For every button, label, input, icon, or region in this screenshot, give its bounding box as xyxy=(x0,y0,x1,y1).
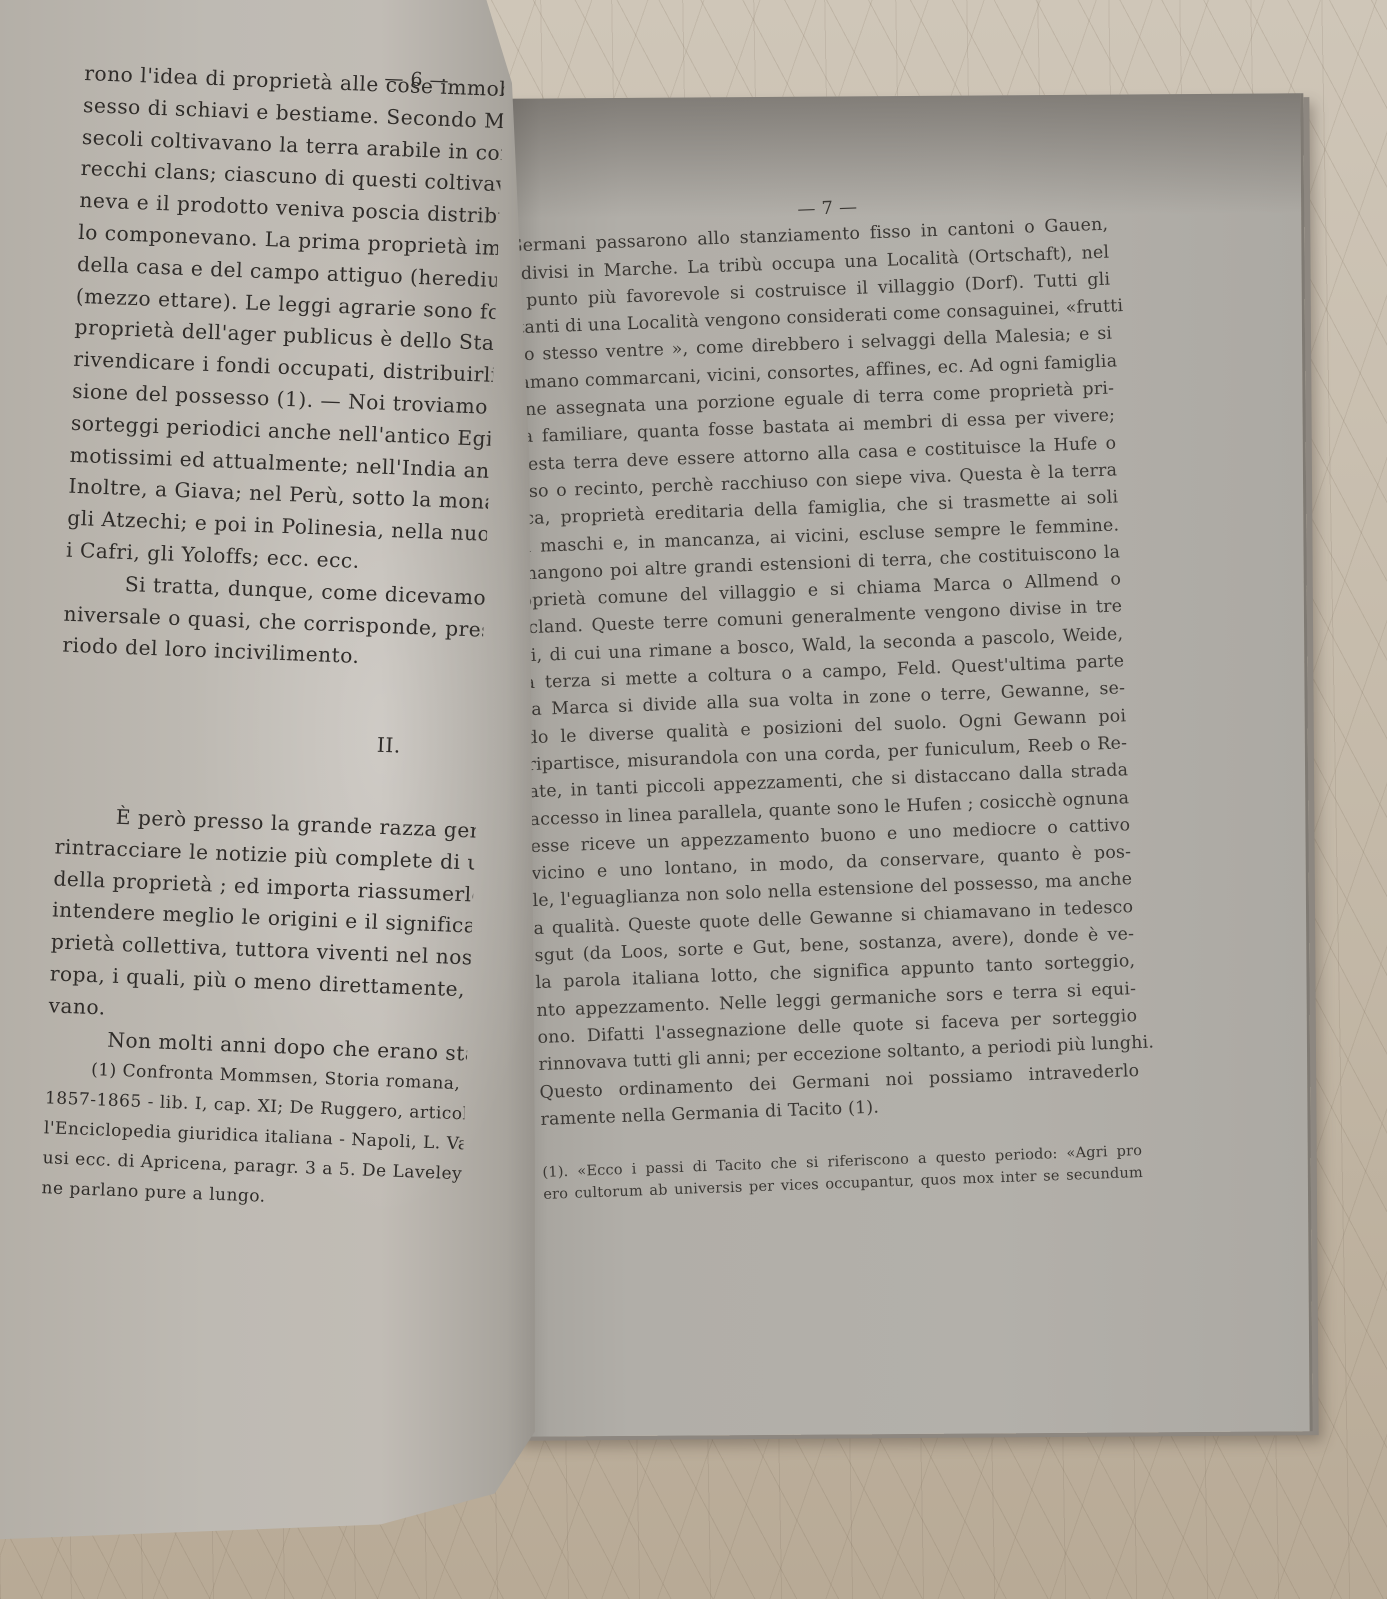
left-page-text: — 6 — rono l'idea di proprietà alle cose… xyxy=(41,58,505,1220)
left-paragraph-3: È però presso la grande razza germanica … xyxy=(48,799,476,1038)
section-heading: II. xyxy=(58,718,479,766)
right-page: — 7 — Germani passarono allo stanziament… xyxy=(500,93,1312,1437)
right-page-text: — 7 — Germani passarono allo stanziament… xyxy=(501,185,1143,1207)
page-number: — 6 — xyxy=(384,64,450,98)
left-paragraph-1: rono l'idea di proprietà alle cose immob… xyxy=(65,58,504,582)
right-page-body: Germani passarono allo stanziamento fiss… xyxy=(508,212,1141,1134)
left-paragraph-2: Si tratta, dunque, come dicevamo da prin… xyxy=(62,566,485,677)
left-page-footnote: (1) Confronta Mommsen, Storia romana, tr… xyxy=(41,1054,466,1220)
left-page: — 6 — rono l'idea di proprietà alle cose… xyxy=(0,0,552,1540)
